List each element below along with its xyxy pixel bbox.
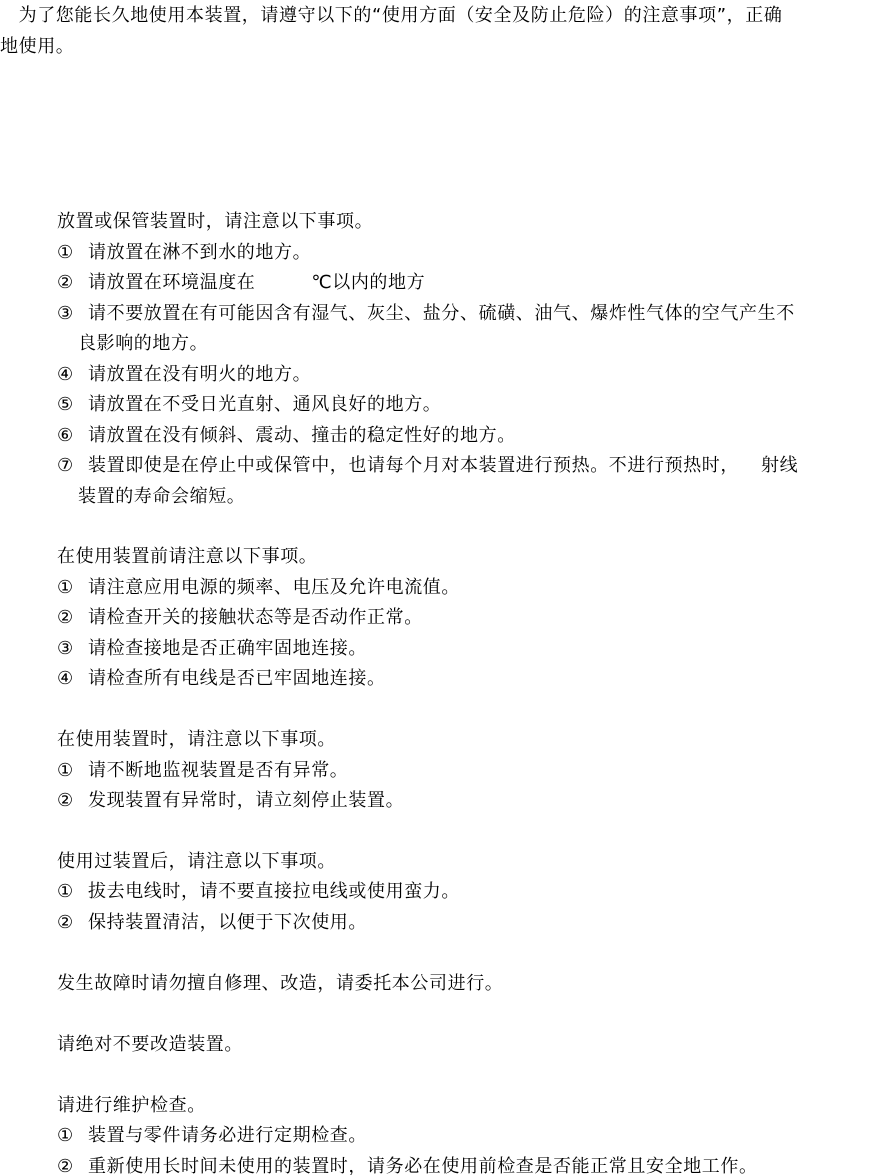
item-text: 重新使用长时间未使用的装置时，请务必在使用前检查是否能正常且安全地工作。 (88, 1156, 758, 1175)
item-number: ② (57, 911, 88, 935)
item-number: ① (57, 576, 88, 600)
storage-item-6: ⑥请放置在没有倾斜、震动、撞击的稳定性好的地方。 (57, 424, 516, 448)
section-heading-fault: 发生故障时请勿擅自修理、改造，请委托本公司进行。 (57, 972, 503, 996)
item-number: ⑦ (57, 454, 88, 478)
storage-item-1: ①请放置在淋不到水的地方。 (57, 241, 311, 265)
item-number: ④ (57, 363, 88, 387)
storage-item-4: ④请放置在没有明火的地方。 (57, 363, 311, 387)
item-number: ② (57, 1155, 88, 1175)
item-text: 装置即使是在停止中或保管中，也请每个月对本装置进行预热。不进行预热时， (88, 455, 739, 476)
maintenance-item-1: ①装置与零件请务必进行定期检查。 (57, 1124, 367, 1148)
storage-item-3-continuation: 良影响的地方。 (78, 332, 208, 356)
storage-item-5: ⑤请放置在不受日光直射、通风良好的地方。 (57, 393, 441, 417)
item-text: 请检查接地是否正确牢固地连接。 (88, 638, 367, 659)
before-use-item-4: ④请检查所有电线是否已牢固地连接。 (57, 667, 386, 691)
item-number: ③ (57, 302, 88, 326)
after-use-item-2: ②保持装置清洁，以便于下次使用。 (57, 911, 367, 935)
intro-line-2: 地使用。 (0, 35, 74, 59)
item-text: 请放置在没有明火的地方。 (88, 364, 311, 385)
item-text-after: 射线 (761, 455, 798, 476)
item-number: ② (57, 271, 88, 295)
before-use-item-1: ①请注意应用电源的频率、电压及允许电流值。 (57, 576, 460, 600)
item-number: ② (57, 789, 88, 813)
before-use-item-3: ③请检查接地是否正确牢固地连接。 (57, 637, 367, 661)
item-number: ② (57, 606, 88, 630)
item-text: 请放置在环境温度在 (88, 272, 255, 293)
item-number: ① (57, 759, 88, 783)
item-text: 装置与零件请务必进行定期检查。 (88, 1125, 367, 1146)
item-text: 保持装置清洁，以便于下次使用。 (88, 912, 367, 933)
during-use-item-2: ②发现装置有异常时，请立刻停止装置。 (57, 789, 404, 813)
section-heading-maintenance: 请进行维护检查。 (57, 1094, 206, 1118)
item-text: 拔去电线时，请不要直接拉电线或使用蛮力。 (88, 881, 460, 902)
section-heading-during-use: 在使用装置时，请注意以下事项。 (57, 728, 336, 752)
item-number: ① (57, 1124, 88, 1148)
item-text: 请放置在淋不到水的地方。 (88, 242, 311, 263)
after-use-item-1: ①拔去电线时，请不要直接拉电线或使用蛮力。 (57, 880, 460, 904)
before-use-item-2: ②请检查开关的接触状态等是否动作正常。 (57, 606, 423, 630)
item-text: 请注意应用电源的频率、电压及允许电流值。 (88, 577, 460, 598)
section-heading-before-use: 在使用装置前请注意以下事项。 (57, 545, 317, 569)
storage-item-7: ⑦装置即使是在停止中或保管中，也请每个月对本装置进行预热。不进行预热时，射线 (57, 454, 798, 478)
item-number: ① (57, 880, 88, 904)
item-text: 请检查开关的接触状态等是否动作正常。 (88, 607, 423, 628)
item-text-after: ℃以内的地方 (311, 272, 425, 293)
item-text: 发现装置有异常时，请立刻停止装置。 (88, 790, 404, 811)
item-number: ③ (57, 637, 88, 661)
item-number: ① (57, 241, 88, 265)
item-text: 请放置在不受日光直射、通风良好的地方。 (88, 394, 441, 415)
storage-item-2: ②请放置在环境温度在℃以内的地方 (57, 271, 425, 295)
item-text: 请放置在没有倾斜、震动、撞击的稳定性好的地方。 (88, 425, 516, 446)
storage-item-7-continuation: 装置的寿命会缩短。 (78, 485, 245, 509)
storage-item-3: ③请不要放置在有可能因含有湿气、灰尘、盐分、硫磺、油气、爆炸性气体的空气产生不 (57, 302, 795, 326)
section-heading-storage: 放置或保管装置时，请注意以下事项。 (57, 210, 373, 234)
intro-line-1: 为了您能长久地使用本装置，请遵守以下的“使用方面（安全及防止危险）的注意事项”，… (0, 4, 782, 28)
section-heading-no-modification: 请绝对不要改造装置。 (57, 1033, 243, 1057)
item-text: 请不断地监视装置是否有异常。 (88, 760, 348, 781)
item-number: ⑥ (57, 424, 88, 448)
item-text: 请检查所有电线是否已牢固地连接。 (88, 668, 386, 689)
item-text: 请不要放置在有可能因含有湿气、灰尘、盐分、硫磺、油气、爆炸性气体的空气产生不 (88, 303, 795, 324)
during-use-item-1: ①请不断地监视装置是否有异常。 (57, 759, 348, 783)
item-number: ⑤ (57, 393, 88, 417)
item-number: ④ (57, 667, 88, 691)
section-heading-after-use: 使用过装置后，请注意以下事项。 (57, 850, 336, 874)
maintenance-item-2: ②重新使用长时间未使用的装置时，请务必在使用前检查是否能正常且安全地工作。 (57, 1155, 758, 1175)
